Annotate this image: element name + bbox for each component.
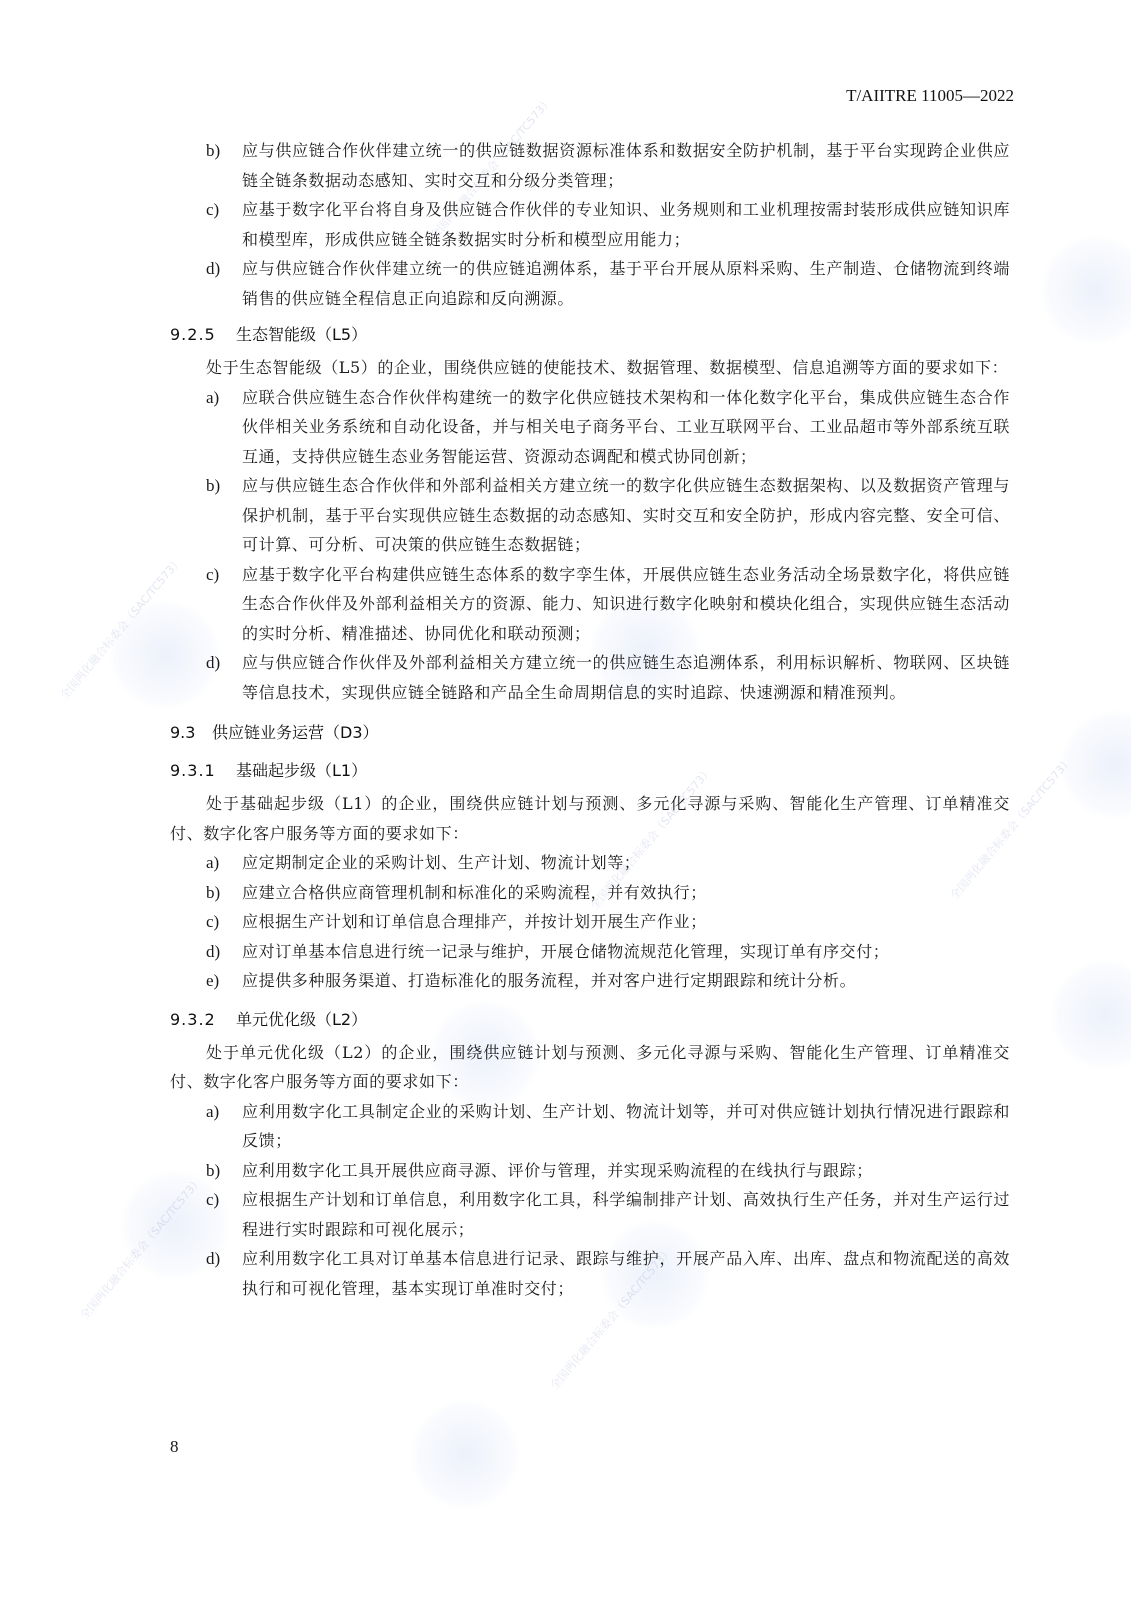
section-title: 单元优化级（L2）	[236, 1008, 367, 1032]
list-item: b) 应利用数字化工具开展供应商寻源、评价与管理，并实现采购流程的在线执行与跟踪…	[206, 1156, 1010, 1186]
item-text: 应利用数字化工具对订单基本信息进行记录、跟踪与维护，开展产品入库、出库、盘点和物…	[242, 1244, 1010, 1303]
item-label: b)	[206, 471, 242, 560]
item-label: c)	[206, 195, 242, 254]
list-item: b) 应建立合格供应商管理机制和标准化的采购流程，并有效执行；	[206, 878, 1010, 908]
section-intro: 处于基础起步级（L1）的企业，围绕供应链计划与预测、多元化寻源与采购、智能化生产…	[170, 789, 1010, 848]
item-text: 应与供应链生态合作伙伴和外部利益相关方建立统一的数字化供应链生态数据架构、以及数…	[242, 471, 1010, 560]
list-item: d) 应与供应链合作伙伴建立统一的供应链追溯体系，基于平台开展从原料采购、生产制…	[206, 254, 1010, 313]
list-item: d) 应与供应链合作伙伴及外部利益相关方建立统一的供应链生态追溯体系，利用标识解…	[206, 648, 1010, 707]
item-label: c)	[206, 1185, 242, 1244]
item-text: 应与供应链合作伙伴建立统一的供应链追溯体系，基于平台开展从原料采购、生产制造、仓…	[242, 254, 1010, 313]
item-label: b)	[206, 1156, 242, 1186]
list-item: c) 应基于数字化平台构建供应链生态体系的数字孪生体，开展供应链生态业务活动全场…	[206, 560, 1010, 649]
item-text: 应与供应链合作伙伴及外部利益相关方建立统一的供应链生态追溯体系，利用标识解析、物…	[242, 648, 1010, 707]
item-label: d)	[206, 937, 242, 967]
section-title: 生态智能级（L5）	[236, 323, 367, 347]
section-number: 9.2.5	[170, 323, 236, 347]
watermark-seal	[1050, 960, 1131, 1070]
section-intro: 处于生态智能级（L5）的企业，围绕供应链的使能技术、数据管理、数据模型、信息追溯…	[170, 353, 1010, 383]
item-label: b)	[206, 878, 242, 908]
list-item: d) 应利用数字化工具对订单基本信息进行记录、跟踪与维护，开展产品入库、出库、盘…	[206, 1244, 1010, 1303]
list-item: b) 应与供应链生态合作伙伴和外部利益相关方建立统一的数字化供应链生态数据架构、…	[206, 471, 1010, 560]
list-item: a) 应利用数字化工具制定企业的采购计划、生产计划、物流计划等，并可对供应链计划…	[206, 1097, 1010, 1156]
item-text: 应利用数字化工具制定企业的采购计划、生产计划、物流计划等，并可对供应链计划执行情…	[242, 1097, 1010, 1156]
item-label: d)	[206, 254, 242, 313]
item-text: 应基于数字化平台构建供应链生态体系的数字孪生体，开展供应链生态业务活动全场景数字…	[242, 560, 1010, 649]
item-label: b)	[206, 136, 242, 195]
item-text: 应根据生产计划和订单信息合理排产，并按计划开展生产作业；	[242, 907, 1010, 937]
standard-code: T/AIITRE 11005—2022	[846, 86, 1014, 106]
item-text: 应根据生产计划和订单信息，利用数字化工具，科学编制排产计划、高效执行生产任务，并…	[242, 1185, 1010, 1244]
item-text: 应联合供应链生态合作伙伴构建统一的数字化供应链技术架构和一体化数字化平台，集成供…	[242, 383, 1010, 472]
list-item: e) 应提供多种服务渠道、打造标准化的服务流程，并对客户进行定期跟踪和统计分析。	[206, 966, 1010, 996]
section-number: 9.3.2	[170, 1008, 236, 1032]
watermark-seal	[410, 1400, 520, 1510]
item-text: 应定期制定企业的采购计划、生产计划、物流计划等；	[242, 848, 1010, 878]
list-item: d) 应对订单基本信息进行统一记录与维护，开展仓储物流规范化管理，实现订单有序交…	[206, 937, 1010, 967]
section-title: 基础起步级（L1）	[236, 759, 367, 783]
item-label: d)	[206, 1244, 242, 1303]
item-text: 应基于数字化平台将自身及供应链合作伙伴的专业知识、业务规则和工业机理按需封装形成…	[242, 195, 1010, 254]
watermark-seal	[1040, 235, 1131, 345]
item-label: d)	[206, 648, 242, 707]
item-label: a)	[206, 383, 242, 472]
document-body: b) 应与供应链合作伙伴建立统一的供应链数据资源标准体系和数据安全防护机制，基于…	[170, 136, 1010, 1303]
section-heading-9-3: 9.3 供应链业务运营（D3）	[170, 721, 1010, 745]
list-item: c) 应根据生产计划和订单信息合理排产，并按计划开展生产作业；	[206, 907, 1010, 937]
section-number: 9.3	[170, 721, 212, 745]
list-item: a) 应联合供应链生态合作伙伴构建统一的数字化供应链技术架构和一体化数字化平台，…	[206, 383, 1010, 472]
list-item: a) 应定期制定企业的采购计划、生产计划、物流计划等；	[206, 848, 1010, 878]
item-text: 应建立合格供应商管理机制和标准化的采购流程，并有效执行；	[242, 878, 1010, 908]
item-text: 应利用数字化工具开展供应商寻源、评价与管理，并实现采购流程的在线执行与跟踪；	[242, 1156, 1010, 1186]
section-heading-9-3-1: 9.3.1 基础起步级（L1）	[170, 759, 1010, 783]
section-number: 9.3.1	[170, 759, 236, 783]
section-heading-9-3-2: 9.3.2 单元优化级（L2）	[170, 1008, 1010, 1032]
section-title: 供应链业务运营（D3）	[212, 721, 379, 745]
section-heading-9-2-5: 9.2.5 生态智能级（L5）	[170, 323, 1010, 347]
list-item: c) 应基于数字化平台将自身及供应链合作伙伴的专业知识、业务规则和工业机理按需封…	[206, 195, 1010, 254]
list-item: c) 应根据生产计划和订单信息，利用数字化工具，科学编制排产计划、高效执行生产任…	[206, 1185, 1010, 1244]
item-label: a)	[206, 1097, 242, 1156]
item-text: 应提供多种服务渠道、打造标准化的服务流程，并对客户进行定期跟踪和统计分析。	[242, 966, 1010, 996]
item-text: 应对订单基本信息进行统一记录与维护，开展仓储物流规范化管理，实现订单有序交付；	[242, 937, 1010, 967]
list-item: b) 应与供应链合作伙伴建立统一的供应链数据资源标准体系和数据安全防护机制，基于…	[206, 136, 1010, 195]
watermark-text: 全国两化融合标委会（SAC/TC573）	[56, 553, 185, 702]
item-label: a)	[206, 848, 242, 878]
section-intro: 处于单元优化级（L2）的企业，围绕供应链计划与预测、多元化寻源与采购、智能化生产…	[170, 1038, 1010, 1097]
item-label: e)	[206, 966, 242, 996]
page-number: 8	[170, 1437, 179, 1457]
item-label: c)	[206, 560, 242, 649]
item-label: c)	[206, 907, 242, 937]
item-text: 应与供应链合作伙伴建立统一的供应链数据资源标准体系和数据安全防护机制，基于平台实…	[242, 136, 1010, 195]
watermark-seal	[1060, 710, 1131, 820]
